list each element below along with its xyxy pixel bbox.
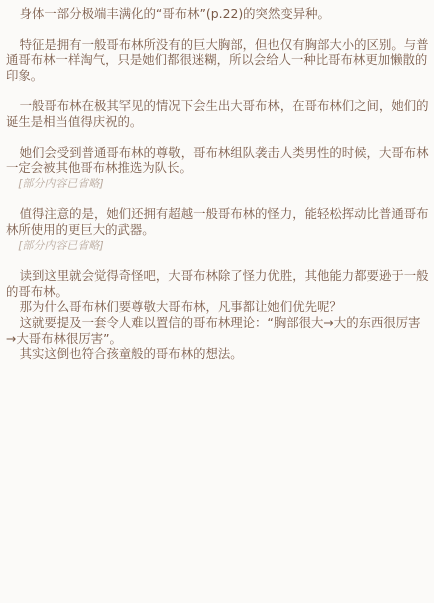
question-paragraph: 读到这里就会觉得奇怪吧，大哥布林除了怪力优胜，其他能力都要逊于一般的哥布林。 bbox=[6, 268, 430, 299]
strength-paragraph: 值得注意的是，她们还拥有超越一般哥布林的怪力，能轻松挥动比普通哥布林所使用的更巨… bbox=[6, 206, 430, 237]
omitted-section: [部分内容已省略] bbox=[6, 238, 430, 254]
childlike-paragraph: 其实这倒也符合孩童般的哥布林的想法。 bbox=[6, 346, 430, 362]
birth-paragraph: 一般哥布林在极其罕见的情况下会生出大哥布林，在哥布林们之间，她们的诞生是相当值得… bbox=[6, 98, 430, 129]
respect-paragraph: 那为什么哥布林们要尊敬大哥布林，凡事都让她们优先呢？ bbox=[6, 299, 430, 315]
intro-paragraph: 身体一部分极端丰满化的“哥布林”(p.22)的突然变异种。 bbox=[6, 6, 430, 22]
theory-paragraph: 这就要提及一套令人难以置信的哥布林理论：“胸部很大→大的东西很厉害→大哥布林很厉… bbox=[6, 315, 430, 346]
leader-paragraph: 她们会受到普通哥布林的尊敬，哥布林组队袭击人类男性的时候，大哥布林一定会被其他哥… bbox=[6, 145, 430, 176]
document-page: 身体一部分极端丰满化的“哥布林”(p.22)的突然变异种。 特征是拥有一般哥布林… bbox=[0, 0, 434, 362]
features-paragraph: 特征是拥有一般哥布林所没有的巨大胸部，但也仅有胸部大小的区别。与普通哥布林一样淘… bbox=[6, 37, 430, 84]
omitted-section: [部分内容已省略] bbox=[6, 176, 430, 192]
